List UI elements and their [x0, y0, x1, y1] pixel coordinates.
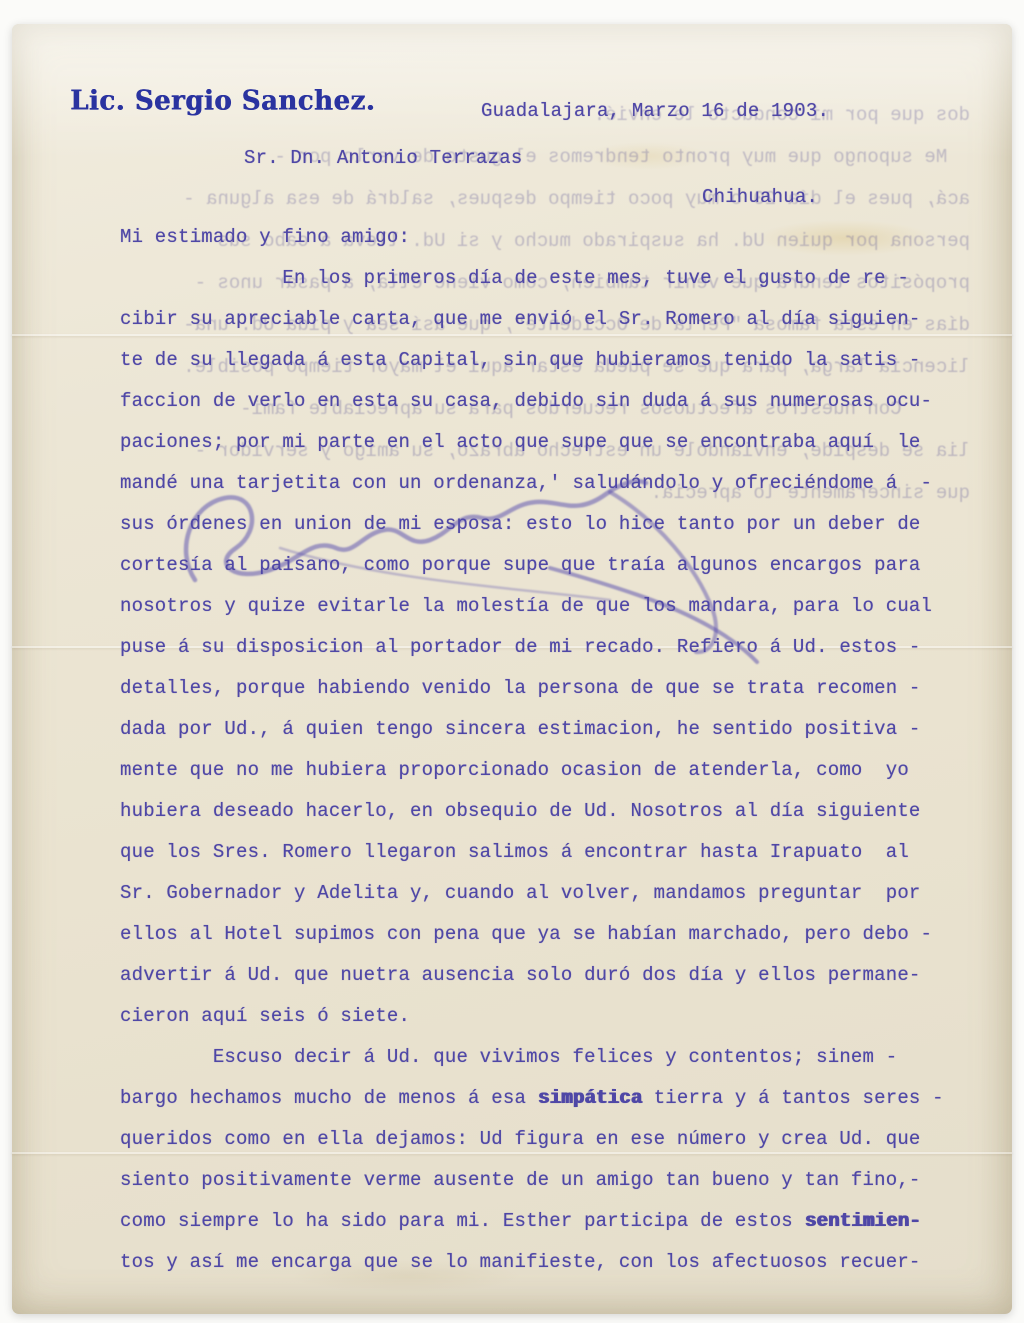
letter-line: que los Sres. Romero llegaron salimos á …: [120, 832, 952, 873]
letter-line: cieron aquí seis ó siete.: [120, 996, 952, 1037]
letter-line: mandé una tarjetita con un ordenanza,' s…: [120, 463, 952, 504]
overstruck-word: simpática: [538, 1087, 642, 1109]
letter-line: cortesía al paisano, como porque supe qu…: [120, 545, 952, 586]
letter-line: cibir su apreciable carta, que me envió …: [120, 299, 952, 340]
letter-line: En los primeros día de este mes, tuve el…: [120, 258, 952, 299]
dateline: Guadalajara, Marzo 16 de 1903.: [481, 100, 829, 122]
letter-line: nosotros y quize evitarle la molestía de…: [120, 586, 952, 627]
letter-line: paciones; por mi parte en el acto que su…: [120, 422, 952, 463]
letter-body: En los primeros día de este mes, tuve el…: [120, 258, 952, 1283]
letterhead: Lic. Sergio Sanchez.: [70, 85, 375, 116]
letter-line: Escuso decir á Ud. que vivimos felices y…: [120, 1037, 952, 1078]
scanned-letter-page: dos que por mi conducto le envié. Me sup…: [0, 0, 1024, 1323]
bleedthrough-line: Me supongo que muy pronto tendremos el g…: [82, 136, 970, 178]
letter-line: puse á su disposicion al portador de mi …: [120, 627, 952, 668]
letter-line: ellos al Hotel supimos con pena que ya s…: [120, 914, 952, 955]
letter-line: como siempre lo ha sido para mi. Esther …: [120, 1201, 952, 1242]
bleedthrough-line: acá, pues el día 20 o muy poco tiempo de…: [82, 178, 970, 220]
letter-line: bargo hechamos mucho de menos á esa simp…: [120, 1078, 952, 1119]
addressee: Sr. Dn. Antonio Terrazas: [244, 147, 522, 169]
letter-line: queridos como en ella dejamos: Ud figura…: [120, 1119, 952, 1160]
letter-line: tos y así me encarga que se lo manifiest…: [120, 1242, 952, 1283]
letter-line: mente que no me hubiera proporcionado oc…: [120, 750, 952, 791]
letter-line: advertir á Ud. que nuetra ausencia solo …: [120, 955, 952, 996]
letter-line: faccion de verlo en esta su casa, debido…: [120, 381, 952, 422]
salutation: Mi estimado y fino amigo:: [120, 226, 410, 248]
addressee-city: Chihuahua.: [702, 186, 818, 208]
letter-line: detalles, porque habiendo venido la pers…: [120, 668, 952, 709]
letter-line: sus órdenes en union de mi esposa: esto …: [120, 504, 952, 545]
letter-line: siento positivamente verme ausente de un…: [120, 1160, 952, 1201]
overstruck-word: sentimien-: [805, 1210, 921, 1232]
letter-line: dada por Ud., á quien tengo sincera esti…: [120, 709, 952, 750]
letter-line: hubiera deseado hacerlo, en obsequio de …: [120, 791, 952, 832]
letter-line: Sr. Gobernador y Adelita y, cuando al vo…: [120, 873, 952, 914]
letter-line: te de su llegada á esta Capital, sin que…: [120, 340, 952, 381]
